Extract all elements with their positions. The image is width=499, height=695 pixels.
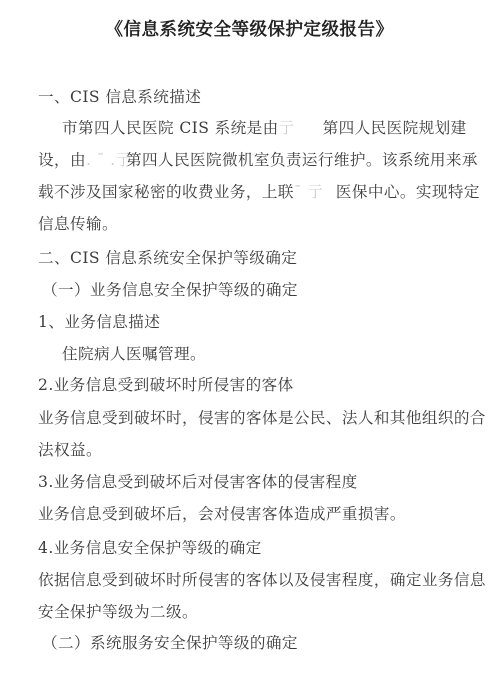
item-2-heading: 2.业务信息受到破坏时所侵害的客体 <box>38 375 294 395</box>
item-1-heading: 1、业务信息描述 <box>38 312 160 332</box>
redacted-text: ˉ 亍 <box>294 182 336 202</box>
paragraph-text: 信息传输。 <box>38 215 118 233</box>
section-1-paragraph-line-2: 设，由. ˉ .亍第四人民医院微机室负责运行维护。该系统用来承 <box>38 150 478 170</box>
item-1-body: 住院病人医嘱管理。 <box>62 344 206 364</box>
paragraph-text: 载不涉及国家秘密的收费业务，上联 <box>38 183 294 201</box>
subsection-1-heading: （一）业务信息安全保护等级的确定 <box>42 280 298 300</box>
document-title: 《信息系统安全等级保护定级报告》 <box>0 17 499 43</box>
item-4-body-line-2: 安全保护等级为二级。 <box>38 602 198 622</box>
section-1-paragraph-line-3: 载不涉及国家秘密的收费业务，上联 ˉ 亍医保中心。实现特定 <box>38 182 480 202</box>
section-2-heading: 二、CIS 信息系统安全保护等级确定 <box>38 248 297 268</box>
section-1-heading: 一、CIS 信息系统描述 <box>38 87 201 107</box>
subsection-2-heading: （二）系统服务安全保护等级的确定 <box>42 633 298 653</box>
item-3-heading: 3.业务信息受到破坏后对侵害客体的侵害程度 <box>38 472 358 492</box>
item-4-heading: 4.业务信息安全保护等级的确定 <box>38 538 262 558</box>
redacted-text: . ˉ .亍 <box>86 150 126 170</box>
paragraph-text: 设，由 <box>38 151 86 169</box>
paragraph-text: 市第四人民医院 CIS 系统是由 <box>62 119 279 137</box>
paragraph-text: 医保中心。实现特定 <box>336 183 480 201</box>
item-3-body: 业务信息受到破坏后，会对侵害客体造成严重损害。 <box>38 504 406 524</box>
paragraph-text: 第四人民医院规划建 <box>323 119 467 137</box>
section-1-paragraph-line-4: 信息传输。 <box>38 214 118 234</box>
item-4-body-line-1: 依据信息受到破坏时所侵害的客体以及侵害程度，确定业务信息 <box>38 570 486 590</box>
item-2-body-line-1: 业务信息受到破坏时，侵害的客体是公民、法人和其他组织的合 <box>38 408 486 428</box>
paragraph-text: 第四人民医院微机室负责运行维护。该系统用来承 <box>126 151 478 169</box>
redacted-text: 亍 <box>279 118 323 138</box>
section-1-paragraph-line-1: 市第四人民医院 CIS 系统是由 亍第四人民医院规划建 <box>62 118 467 138</box>
item-2-body-line-2: 法权益。 <box>38 440 102 460</box>
